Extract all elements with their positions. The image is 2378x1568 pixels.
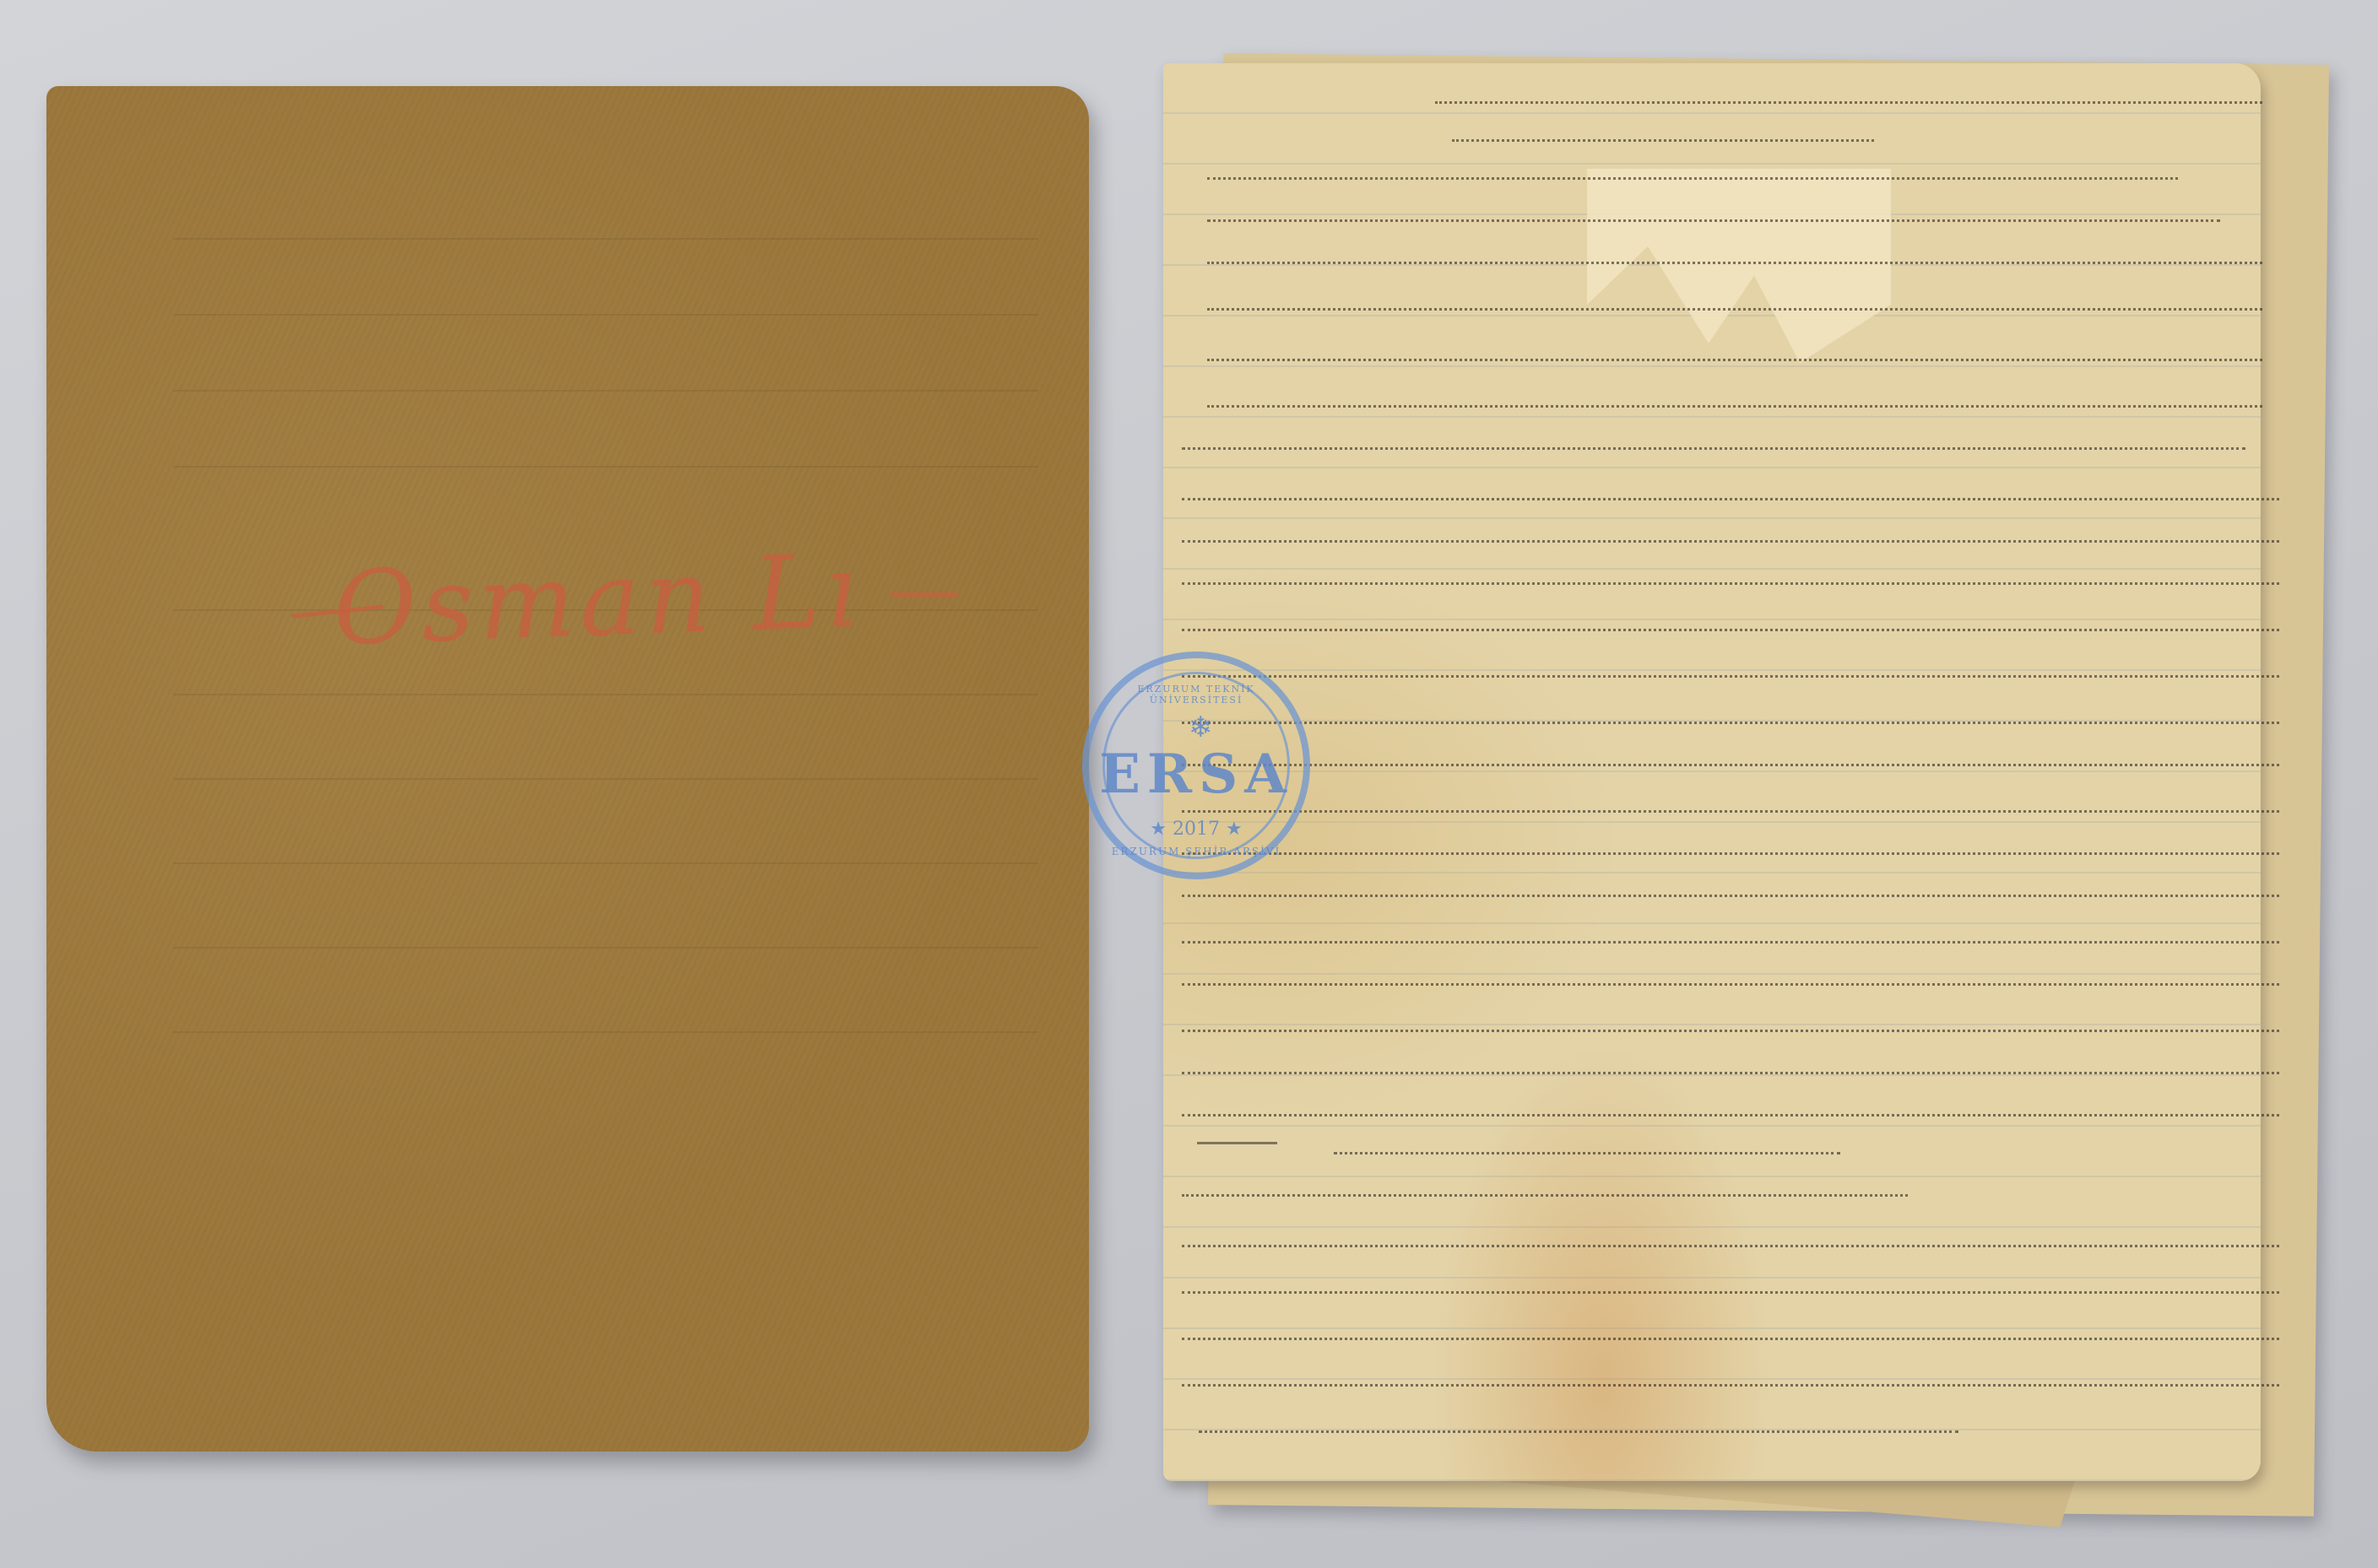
handwriting-line — [1182, 1245, 2279, 1250]
handwriting-line — [1182, 1194, 1908, 1199]
handwriting-line — [1207, 359, 2262, 364]
handwriting-line — [1182, 983, 2279, 988]
handwriting-line — [1452, 139, 1874, 144]
faint-line — [173, 314, 1038, 316]
faint-line — [173, 238, 1038, 240]
handwriting-line — [1182, 895, 2279, 900]
handwriting-line — [1182, 1384, 2279, 1389]
section-rule — [1197, 1142, 1277, 1144]
handwriting-line — [1207, 262, 2262, 267]
stamp-bottom-text: ERZURUM ŞEHİR ARŞİVİ — [1089, 846, 1303, 857]
faint-line — [173, 694, 1038, 695]
handwriting-line — [1182, 1030, 2279, 1035]
handwriting-line — [1182, 810, 2279, 815]
handwriting-line — [1207, 219, 2220, 224]
handwriting-line — [1182, 852, 2279, 857]
handwriting-line — [1207, 177, 2178, 182]
faint-line — [173, 862, 1038, 864]
archive-stamp: ERZURUM TEKNİK ÜNİVERSİTESİ ❄ ERSA ★ 201… — [1082, 652, 1310, 879]
handwriting-line — [1207, 405, 2262, 410]
faint-line — [173, 778, 1038, 780]
faint-line — [173, 466, 1038, 468]
handwriting-line — [1182, 498, 2279, 503]
stamp-center-text: ERSA — [1089, 743, 1303, 806]
notebook-cover: Osman Lı — [46, 86, 1089, 1452]
snowflake-icon: ❄ — [1189, 711, 1213, 744]
handwriting-line — [1182, 447, 2245, 452]
handwriting-line — [1207, 308, 2262, 313]
faint-line — [173, 947, 1038, 949]
red-dash-right — [891, 592, 958, 597]
handwriting-line — [1182, 1338, 2279, 1343]
stamp-top-text: ERZURUM TEKNİK ÜNİVERSİTESİ — [1089, 684, 1303, 706]
handwriting-line — [1199, 1430, 1958, 1436]
cover-handwritten-title: Osman Lı — [332, 533, 864, 668]
handwriting-line — [1182, 722, 2279, 727]
handwriting-line — [1334, 1152, 1840, 1157]
handwriting-line — [1182, 764, 2279, 769]
handwriting-line — [1182, 1072, 2279, 1077]
stamp-year: ★ 2017 ★ — [1089, 819, 1303, 840]
handwriting-line — [1182, 1114, 2279, 1119]
handwriting-line — [1182, 582, 2279, 587]
handwriting-line — [1182, 675, 2279, 680]
handwriting-line — [1182, 941, 2279, 946]
faint-line — [173, 390, 1038, 392]
handwriting-line — [1182, 629, 2279, 634]
handwriting-line — [1435, 101, 2262, 106]
handwriting-line — [1182, 1291, 2279, 1296]
faint-line — [173, 1031, 1038, 1033]
handwriting-line — [1182, 540, 2279, 545]
